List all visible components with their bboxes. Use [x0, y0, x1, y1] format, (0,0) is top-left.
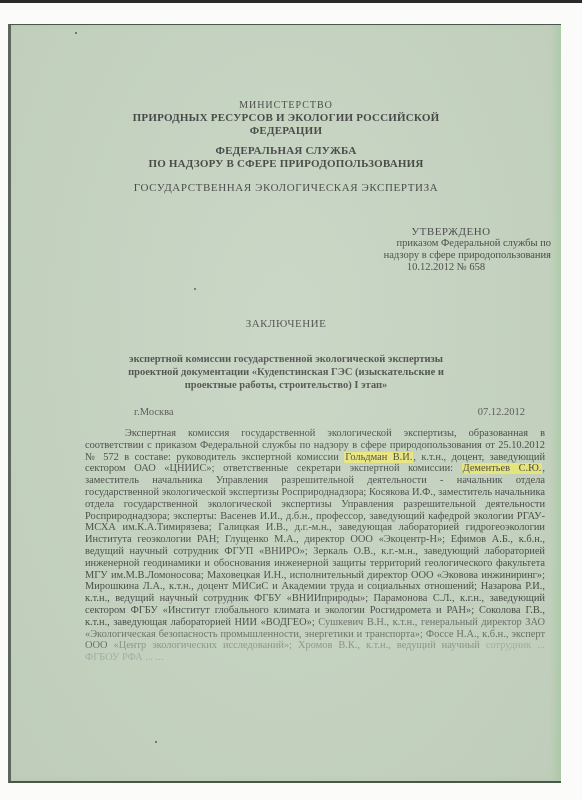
approval-line-1: приказом Федеральной службы по — [311, 238, 551, 250]
service-line-1: ФЕДЕРАЛЬНАЯ СЛУЖБА — [11, 145, 561, 158]
ministry-line-3: ФЕДЕРАЦИИ — [11, 125, 561, 138]
scan-speck — [155, 741, 157, 743]
document-date: 07.12.2012 — [478, 407, 525, 418]
scan-speck — [75, 32, 77, 34]
scan-top-edge — [0, 0, 582, 3]
approval-block: УТВЕРЖДЕНО приказом Федеральной службы п… — [311, 226, 551, 274]
body-faded-segment-2: «Центр экологических исследований»; Хром… — [114, 640, 480, 651]
approval-title: УТВЕРЖДЕНО — [311, 226, 551, 238]
ministry-line-1: МИНИСТЕРСТВО — [11, 99, 561, 112]
service-line-2: ПО НАДЗОРУ В СФЕРЕ ПРИРОДОПОЛЬЗОВАНИЯ — [11, 158, 561, 171]
approval-order-date: 10.12.2012 № 658 — [311, 262, 551, 274]
body-text: Экспертная комиссия государственной экол… — [85, 428, 545, 664]
document-title: ЗАКЛЮЧЕНИЕ — [11, 318, 561, 330]
ministry-heading: МИНИСТЕРСТВО ПРИРОДНЫХ РЕСУРСОВ И ЭКОЛОГ… — [11, 99, 561, 138]
highlighted-name-2: Дементьев С.Ю. — [462, 463, 543, 474]
service-heading: ФЕДЕРАЛЬНАЯ СЛУЖБА ПО НАДЗОРУ В СФЕРЕ ПР… — [11, 145, 561, 171]
body-segment-3: , заместитель начальника Управления разр… — [85, 463, 545, 627]
subject-line-3: проектные работы, строительство) I этап» — [51, 379, 521, 392]
highlighted-name-1: Гольдман В.И. — [344, 452, 413, 463]
ministry-line-2: ПРИРОДНЫХ РЕСУРСОВ И ЭКОЛОГИИ РОССИЙСКОЙ — [11, 112, 561, 125]
scan-speck — [194, 288, 196, 290]
subject-line-2: проектной документации «Кудепстинская ГЭ… — [51, 366, 521, 379]
document-subject: экспертной комиссии государственной экол… — [51, 353, 521, 392]
document-place: г.Москва — [134, 407, 174, 418]
document-page: МИНИСТЕРСТВО ПРИРОДНЫХ РЕСУРСОВ И ЭКОЛОГ… — [8, 24, 561, 783]
expertise-heading: ГОСУДАРСТВЕННАЯ ЭКОЛОГИЧЕСКАЯ ЭКСПЕРТИЗА — [11, 182, 561, 195]
approval-line-2: надзору в сфере природопользования — [311, 250, 551, 262]
subject-line-1: экспертной комиссии государственной экол… — [51, 353, 521, 366]
